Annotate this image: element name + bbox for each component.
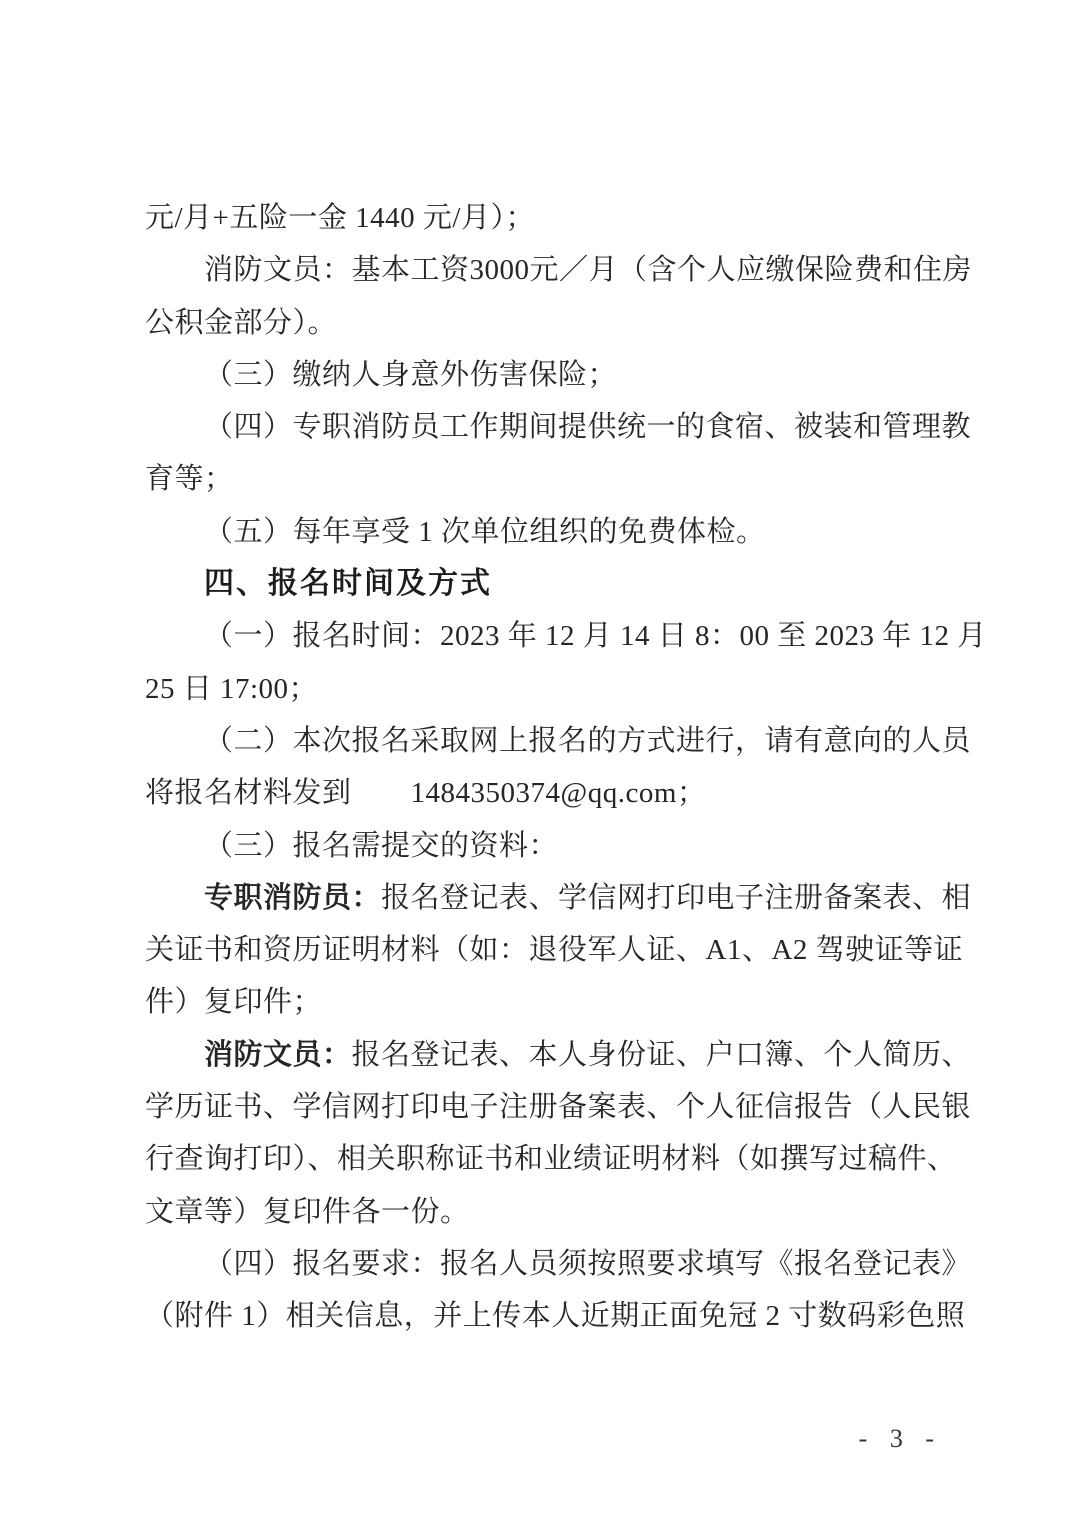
line-text: （二）本次报名采取网上报名的方式进行，请有意向的人员 (204, 725, 971, 757)
line-text: 公积金部分）。 (145, 307, 337, 339)
line-text: （三）报名需提交的资料： (204, 830, 558, 862)
text-line: 元/月+五险一金 1440 元/月）； (145, 192, 955, 244)
text-line: 25 日 17:00； (145, 663, 955, 715)
text-line: （四）报名要求：报名人员须按照要求填写《报名登记表》 (145, 1238, 955, 1290)
text-line: 关证书和资历证明材料（如：退役军人证、A1、A2 驾驶证等证 (145, 924, 955, 976)
line-text: 文章等）复印件各一份。 (145, 1196, 470, 1228)
line-text: 元/月+五险一金 1440 元/月）； (145, 202, 535, 234)
line-bold-prefix: 专职消防员： (204, 882, 381, 914)
text-line: 消防文员：基本工资3000元／月（含个人应缴保险费和住房 (145, 244, 955, 296)
line-text: 将报名材料发到 1484350374@qq.com； (145, 777, 706, 809)
line-text: （附件 1）相关信息，并上传本人近期正面免冠 2 寸数码彩色照 (145, 1300, 965, 1332)
line-text: （一）报名时间：2023 年 12 月 14 日 8：00 至 2023 年 1… (204, 620, 987, 652)
text-line: 行查询打印）、相关职称证书和业绩证明材料（如撰写过稿件、 (145, 1133, 955, 1185)
line-text: 行查询打印）、相关职称证书和业绩证明材料（如撰写过稿件、 (145, 1143, 957, 1175)
line-text: 25 日 17:00； (145, 673, 318, 705)
document-body: 元/月+五险一金 1440 元/月）； 消防文员：基本工资3000元／月（含个人… (145, 192, 955, 1343)
line-text: 育等； (145, 463, 234, 495)
line-text: 四、报名时间及方式 (204, 567, 492, 600)
text-line: 件）复印件； (145, 976, 955, 1028)
line-text: 学历证书、学信网打印电子注册备案表、个人征信报告（人民银 (145, 1091, 971, 1123)
text-lines-container: 元/月+五险一金 1440 元/月）； 消防文员：基本工资3000元／月（含个人… (145, 192, 955, 1343)
text-line: （三）报名需提交的资料： (145, 820, 955, 872)
line-bold-prefix: 消防文员： (204, 1039, 352, 1071)
line-text: （三）缴纳人身意外伤害保险； (204, 359, 617, 391)
line-text: 报名登记表、本人身份证、户口簿、个人简历、 (352, 1039, 972, 1071)
text-line: 公积金部分）。 (145, 297, 955, 349)
text-line: （四）专职消防员工作期间提供统一的食宿、被装和管理教 (145, 401, 955, 453)
text-line: （二）本次报名采取网上报名的方式进行，请有意向的人员 (145, 715, 955, 767)
text-line: （一）报名时间：2023 年 12 月 14 日 8：00 至 2023 年 1… (145, 610, 955, 662)
line-text: 件）复印件； (145, 986, 322, 1018)
text-line: （附件 1）相关信息，并上传本人近期正面免冠 2 寸数码彩色照 (145, 1290, 955, 1342)
text-line: （三）缴纳人身意外伤害保险； (145, 349, 955, 401)
text-line: 四、报名时间及方式 (145, 558, 955, 610)
text-line: 将报名材料发到 1484350374@qq.com； (145, 767, 955, 819)
line-text: （四）报名要求：报名人员须按照要求填写《报名登记表》 (204, 1248, 971, 1280)
text-line: （五）每年享受 1 次单位组织的免费体检。 (145, 506, 955, 558)
line-text: 关证书和资历证明材料（如：退役军人证、A1、A2 驾驶证等证 (145, 934, 963, 966)
page-number: - 3 - (859, 1424, 942, 1454)
line-text: （四）专职消防员工作期间提供统一的食宿、被装和管理教 (204, 411, 971, 443)
document-page: 元/月+五险一金 1440 元/月）； 消防文员：基本工资3000元／月（含个人… (0, 0, 1080, 1527)
line-text: 报名登记表、学信网打印电子注册备案表、相 (381, 882, 971, 914)
text-line: 育等； (145, 453, 955, 505)
text-line: 文章等）复印件各一份。 (145, 1186, 955, 1238)
text-line: 学历证书、学信网打印电子注册备案表、个人征信报告（人民银 (145, 1081, 955, 1133)
line-text: 消防文员：基本工资3000元／月（含个人应缴保险费和住房 (204, 254, 972, 286)
text-line: 专职消防员：报名登记表、学信网打印电子注册备案表、相 (145, 872, 955, 924)
line-text: （五）每年享受 1 次单位组织的免费体检。 (204, 516, 766, 548)
text-line: 消防文员：报名登记表、本人身份证、户口簿、个人简历、 (145, 1029, 955, 1081)
